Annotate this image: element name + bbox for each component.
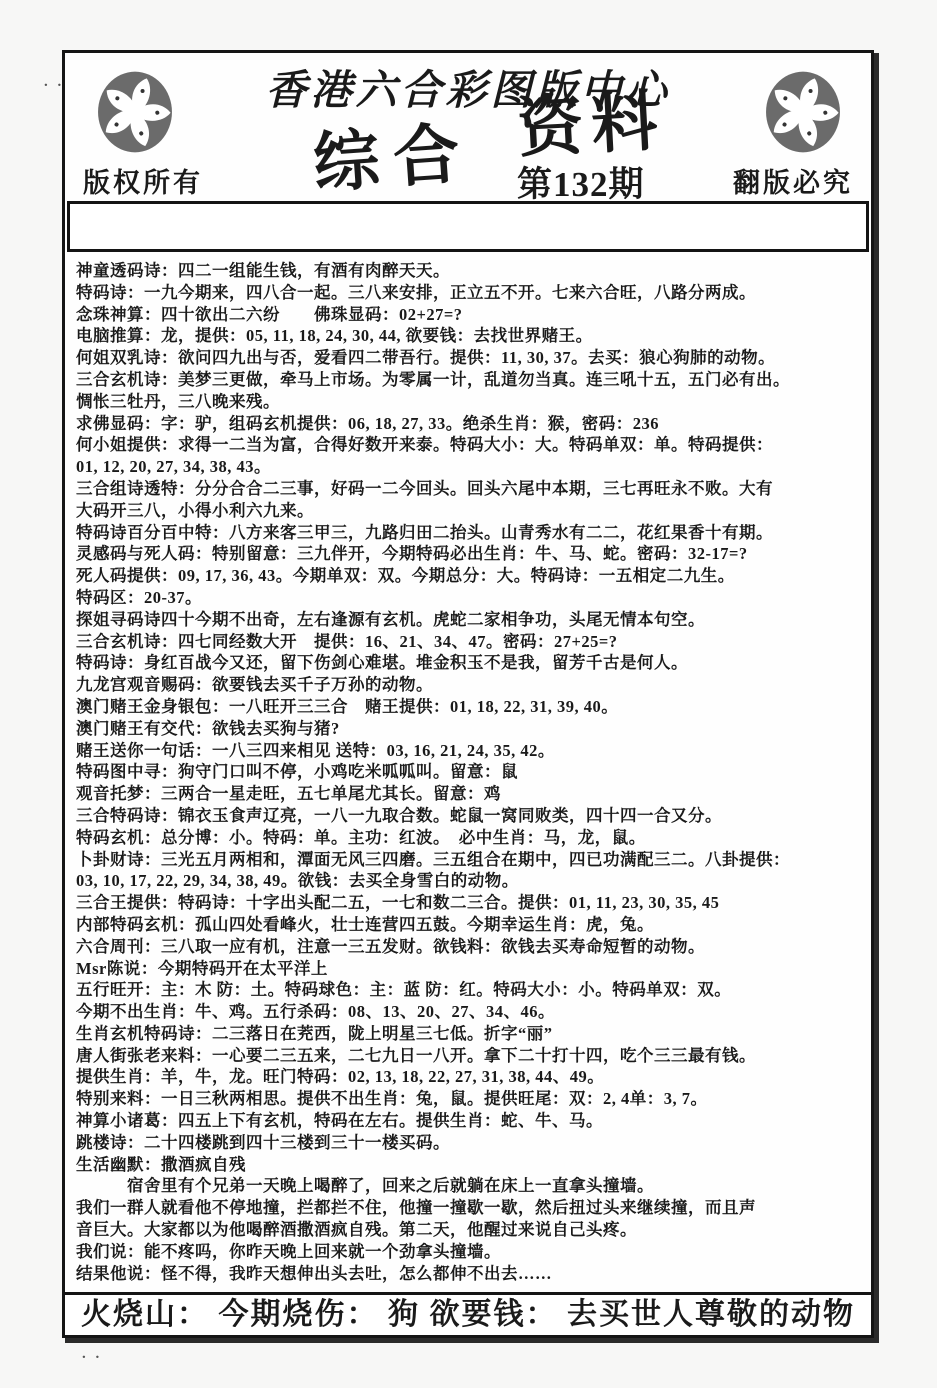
copyright-notice-left: 版权所有 bbox=[83, 161, 203, 200]
text-line: 我们一群人就看他不停地撞，拦都拦不住，他撞一撞歇一歇，然后扭过头来继续撞，而且声 bbox=[76, 1197, 863, 1219]
text-line: 01, 12, 20, 27, 34, 38, 43。 bbox=[76, 456, 863, 478]
text-line: 澳门赌王有交代：欲钱去买狗与猪? bbox=[76, 718, 863, 740]
text-line: 特码诗百分百中特：八方来客三甲三，九路归田二抬头。山青秀水有二二，花红果香十有期… bbox=[76, 522, 863, 544]
main-title-right: 资料 bbox=[515, 67, 668, 170]
text-line: 观音托梦：三两合一星走旺，五七单尾尤其长。留意：鸡 bbox=[76, 783, 863, 805]
margin-mark-bottom: . . bbox=[82, 1346, 102, 1363]
text-line: Msr陈说：今期特码开在太平洋上 bbox=[76, 958, 863, 980]
lottery-tip-sheet: . . bbox=[0, 0, 937, 1388]
text-line: 提供生肖：羊，牛，龙。旺门特码：02, 13, 18, 22, 27, 31, … bbox=[76, 1066, 863, 1088]
header: 香港六合彩图版中心 综合 资料 第132期 版权所有 翻版必究 bbox=[65, 53, 871, 201]
text-line: 音巨大。大家都以为他喝醉酒撒酒疯自残。第二天，他醒过来说自己头疼。 bbox=[76, 1219, 863, 1241]
text-line: 赌王送你一句话：一八三四来相见 送特：03, 16, 21, 24, 35, 4… bbox=[76, 740, 863, 762]
text-line: 探姐寻码诗四十今期不出奇，左右逢源有玄机。虎蛇二家相争功，头尾无情本句空。 bbox=[76, 609, 863, 631]
text-line: 惆怅三牡丹，三八晚来残。 bbox=[76, 391, 863, 413]
text-line: 死人码提供：09, 17, 36, 43。今期单双：双。今期总分：大。特码诗：一… bbox=[76, 565, 863, 587]
text-line: 特码诗：一九今期来，四八合一起。三八来安排，正立五不开。七来六合旺，八路分两成。 bbox=[76, 282, 863, 304]
text-line: 五行旺开：主：木 防：土。特码球色：主：蓝 防：红。特码大小：小。特码单双：双。 bbox=[76, 979, 863, 1001]
text-line: 结果他说：怪不得，我昨天想伸出头去吐，怎么都伸不出去…… bbox=[76, 1263, 863, 1285]
text-line: 神算小诸葛：四五上下有玄机，特码在左右。提供生肖：蛇、牛、马。 bbox=[76, 1110, 863, 1132]
copyright-notice-right: 翻版必究 bbox=[733, 161, 853, 200]
text-line: 卜卦财诗：三光五月两相和，潭面无风三四磨。三五组合在期中，四已功满配三二。八卦提… bbox=[76, 849, 863, 871]
text-line: 神童透码诗：四二一组能生钱，有酒有肉醉天天。 bbox=[76, 260, 863, 282]
text-line: 特码诗：身红百战今又还，留下伤剑心难堪。堆金积玉不是我，留芳千古是何人。 bbox=[76, 652, 863, 674]
text-line: 何姐双乳诗：欲问四九出与否，爱看四二带吾行。提供：11, 30, 37。去买：狼… bbox=[76, 347, 863, 369]
text-line: 三合玄机诗：美梦三更做，牵马上市场。为零属一计，乱道勿当真。连三吼十五，五门必有… bbox=[76, 369, 863, 391]
text-line: 内部特码玄机：孤山四处看峰火，壮士连营四五鼓。今期幸运生肖：虎，兔。 bbox=[76, 914, 863, 936]
text-line: 三合组诗透特：分分合合二三事，好码一二今回头。回头六尾中本期，三七再旺永不败。大… bbox=[76, 478, 863, 500]
issue-number: 第132期 bbox=[517, 157, 645, 207]
main-title-left: 综合 bbox=[310, 100, 476, 206]
text-line: 念珠神算：四十欲出二六纷 佛珠显码：02+27=? bbox=[76, 304, 863, 326]
page-frame: 香港六合彩图版中心 综合 资料 第132期 版权所有 翻版必究 神童透码诗：四二… bbox=[62, 50, 874, 1338]
text-line: 何小姐提供：求得一二当为富，合得好数开来泰。特码大小：大。特码单双：单。特码提供… bbox=[76, 434, 863, 456]
text-line: 九龙宫观音赐码：欲要钱去买千子万孙的动物。 bbox=[76, 674, 863, 696]
text-line: 三合玄机诗：四七同经数大开 提供：16、21、34、47。密码：27+25=? bbox=[76, 631, 863, 653]
text-line: 三合特码诗：锦衣玉食声辽亮，一八一九取合数。蛇鼠一窝同败类，四十四一合又分。 bbox=[76, 805, 863, 827]
text-line: 唐人街张老来料：一心要二三五来，二七九日一八开。拿下二十打十四，吃个三三最有钱。 bbox=[76, 1045, 863, 1067]
text-line: 特码玄机：总分博：小。特码：单。主功：红波。 必中生肖：马，龙，鼠。 bbox=[76, 827, 863, 849]
text-line: 生肖玄机特码诗：二三落日在茺西，陇上明星三七低。折字“丽” bbox=[76, 1023, 863, 1045]
text-line: 03, 10, 17, 22, 29, 34, 38, 49。欲钱：去买全身雪白… bbox=[76, 870, 863, 892]
text-line: 求佛显码：字：驴，组码玄机提供：06, 18, 27, 33。绝杀生肖：猴，密码… bbox=[76, 413, 863, 435]
blank-results-box bbox=[67, 201, 869, 252]
text-line: 特码图中寻：狗守门口叫不停，小鸡吃米呱呱叫。留意：鼠 bbox=[76, 761, 863, 783]
text-line: 特码区：20-37。 bbox=[76, 587, 863, 609]
text-line: 电脑推算：龙，提供：05, 11, 18, 24, 30, 44, 欲要钱：去找… bbox=[76, 325, 863, 347]
text-line: 特别来料：一日三秋两相思。提供不出生肖：兔，鼠。提供旺尾：双：2, 4单：3, … bbox=[76, 1088, 863, 1110]
text-line: 澳门赌王金身银包：一八旺开三三合 赌王提供：01, 18, 22, 31, 39… bbox=[76, 696, 863, 718]
content-lines: 神童透码诗：四二一组能生钱，有酒有肉醉天天。特码诗：一九今期来，四八合一起。三八… bbox=[65, 252, 871, 1284]
text-line: 宿舍里有个兄弟一天晚上喝醉了，回来之后就躺在床上一直拿头撞墙。 bbox=[76, 1175, 863, 1197]
text-line: 今期不出生肖：牛、鸡。五行杀码：08、13、20、27、34、46。 bbox=[76, 1001, 863, 1023]
text-line: 三合王提供：特码诗：十字出头配二五，一七和数二三合。提供：01, 11, 23,… bbox=[76, 892, 863, 914]
text-line: 我们说：能不疼吗，你昨天晚上回来就一个劲拿头撞墙。 bbox=[76, 1241, 863, 1263]
text-line: 生活幽默：撒酒疯自残 bbox=[76, 1154, 863, 1176]
text-line: 灵感码与死人码：特别留意：三九伴开，今期特码必出生肖：牛、马、蛇。密码：32-1… bbox=[76, 543, 863, 565]
footer-hot-tip: 火烧山： 今期烧伤： 狗 欲要钱： 去买世人尊敬的动物 bbox=[65, 1292, 871, 1335]
text-line: 六合周刊：三八取一应有机，注意一三五发财。欲钱料：欲钱去买寿命短暂的动物。 bbox=[76, 936, 863, 958]
text-line: 大码开三八，小得小利六九来。 bbox=[76, 500, 863, 522]
text-line: 跳楼诗：二十四楼跳到四十三楼到三十一楼买码。 bbox=[76, 1132, 863, 1154]
